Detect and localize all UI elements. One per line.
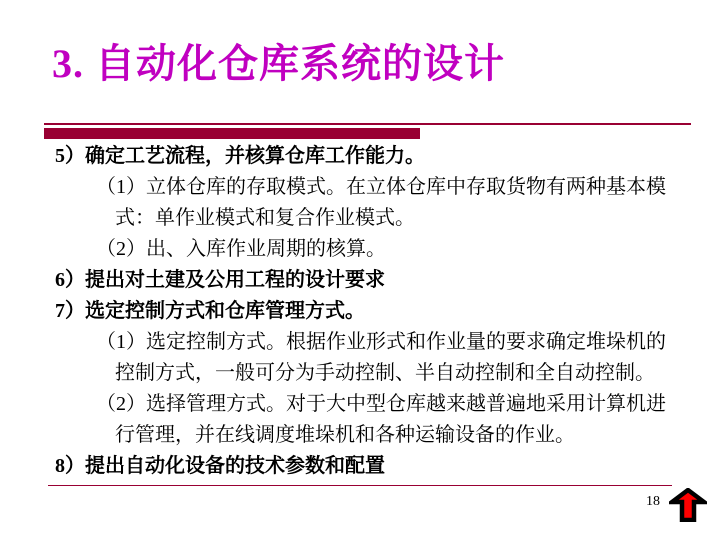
body-line: 行管理，并在线调度堆垛机和各种运输设备的作业。 bbox=[0, 420, 712, 451]
body-line: 7）选定控制方式和仓库管理方式。 bbox=[0, 296, 712, 327]
body-line: （1）选定控制方式。根据作业形式和作业量的要求确定堆垛机的 bbox=[0, 327, 712, 358]
footer-divider bbox=[48, 485, 672, 486]
body-line: 5）确定工艺流程，并核算仓库工作能力。 bbox=[0, 141, 712, 172]
page-number: 18 bbox=[646, 494, 660, 510]
body-line: 6）提出对土建及公用工程的设计要求 bbox=[0, 265, 712, 296]
body-line: （2）选择管理方式。对于大中型仓库越来越普遍地采用计算机进 bbox=[0, 389, 712, 420]
presentation-slide: 3. 自动化仓库系统的设计 5）确定工艺流程，并核算仓库工作能力。 （1）立体仓… bbox=[0, 0, 720, 540]
body-line: （1）立体仓库的存取模式。在立体仓库中存取货物有两种基本模 bbox=[0, 172, 712, 203]
body-line: 8）提出自动化设备的技术参数和配置 bbox=[0, 451, 712, 482]
up-arrow-icon[interactable] bbox=[669, 488, 707, 522]
slide-body: 5）确定工艺流程，并核算仓库工作能力。 （1）立体仓库的存取模式。在立体仓库中存… bbox=[0, 141, 712, 482]
slide-title: 3. 自动化仓库系统的设计 bbox=[52, 32, 505, 89]
body-line: （2）出、入库作业周期的核算。 bbox=[0, 234, 712, 265]
title-underline-thin bbox=[44, 123, 691, 125]
body-line: 式：单作业模式和复合作业模式。 bbox=[0, 203, 712, 234]
title-underline-thick bbox=[44, 128, 420, 139]
body-line: 控制方式，一般可分为手动控制、半自动控制和全自动控制。 bbox=[0, 358, 712, 389]
